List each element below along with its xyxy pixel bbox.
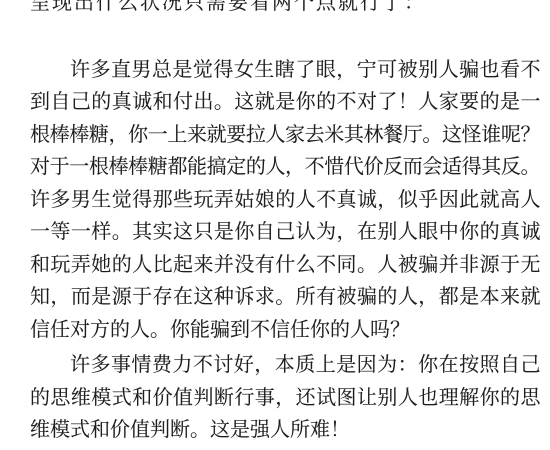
text-line: 对于一根棒棒糖都能搞定的人，不惜代价反而会适得其反。: [30, 151, 540, 184]
text-block: 呈现出什么状况只需要看两个点就行了：许多直男总是觉得女生瞎了眼，宁可被别人骗也看…: [30, 0, 540, 447]
text-line: 知，而是源于存在这种诉求。所有被骗的人，都是本来就: [30, 281, 540, 314]
text-line: 呈现出什么状况只需要看两个点就行了：: [30, 0, 540, 20]
text-line: 到自己的真诚和付出。这就是你的不对了！人家要的是一: [30, 86, 540, 119]
text-line: 许多直男总是觉得女生瞎了眼，宁可被别人骗也看不: [30, 54, 540, 87]
text-line: 根棒棒糖，你一上来就要拉人家去米其林餐厅。这怪谁呢？: [30, 119, 540, 152]
paragraph-2: 许多事情费力不讨好，本质上是因为：你在按照自己的思维模式和价值判断行事，还试图让…: [30, 349, 540, 447]
text-line: 维模式和价值判断。这是强人所难！: [30, 414, 540, 447]
text-line: 信任对方的人。你能骗到不信任你的人吗？: [30, 314, 540, 347]
text-line: 一等一样。其实这只是你自己认为，在别人眼中你的真诚: [30, 216, 540, 249]
book-page: 呈现出什么状况只需要看两个点就行了：许多直男总是觉得女生瞎了眼，宁可被别人骗也看…: [0, 0, 550, 450]
text-line: 许多男生觉得那些玩弄姑娘的人不真诚，似乎因此就高人: [30, 184, 540, 217]
paragraph-clipped-top: 呈现出什么状况只需要看两个点就行了：: [30, 0, 540, 20]
text-line: 许多事情费力不讨好，本质上是因为：你在按照自己: [30, 349, 540, 382]
paragraph-1: 许多直男总是觉得女生瞎了眼，宁可被别人骗也看不到自己的真诚和付出。这就是你的不对…: [30, 54, 540, 347]
text-line: 和玩弄她的人比起来并没有什么不同。人被骗并非源于无: [30, 249, 540, 282]
text-line: 的思维模式和价值判断行事，还试图让别人也理解你的思: [30, 382, 540, 415]
